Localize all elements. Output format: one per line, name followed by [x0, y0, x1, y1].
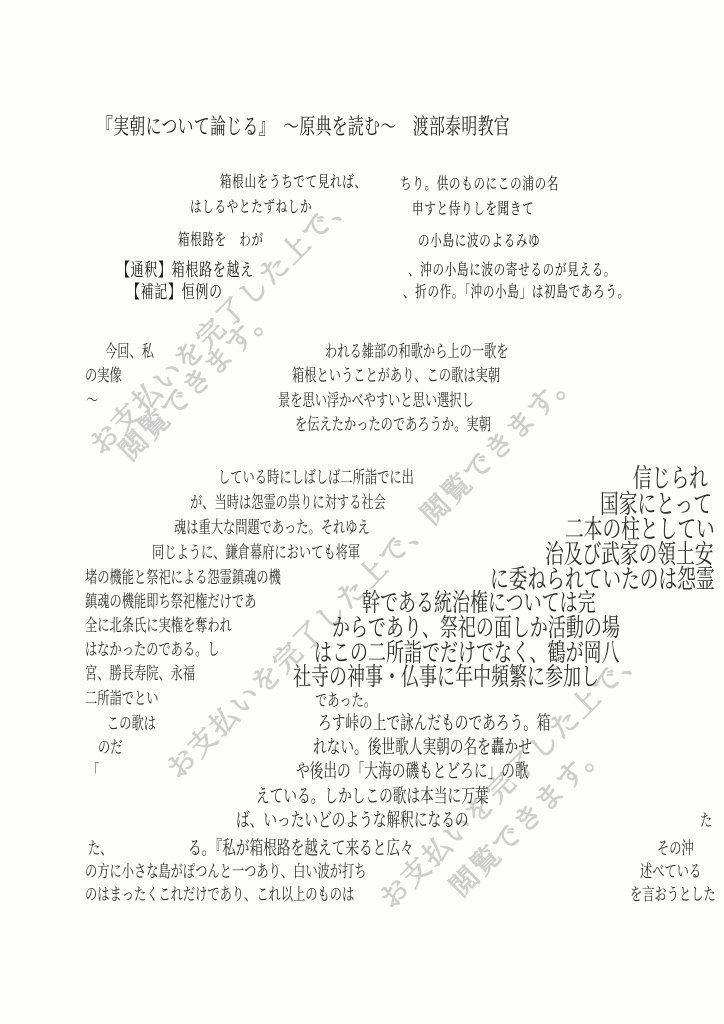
body-text: の方に小さな島がぽつんと一つあり、白い波が打ち: [85, 864, 367, 881]
body-text: や後出の「大海の磯もとどろに」の歌: [296, 762, 529, 781]
body-text: 全に北条氏に実権を奪われ: [85, 618, 232, 635]
body-text: 堵の機能と祭祀による怨霊鎮魂の機: [85, 570, 281, 587]
body-text: 幹である統治権については完: [362, 590, 596, 615]
body-text: 箱根ということがあり、この歌は実朝: [292, 368, 500, 385]
body-text: 景を思い浮かべやすいと思い選択し: [278, 393, 474, 410]
body-text: れない。後世歌人実朝の名を轟かせ: [313, 738, 532, 757]
poem-line: 申すと侍りしを聞きて: [412, 201, 534, 217]
body-text: であった。: [315, 693, 376, 710]
body-text: はなかったのである。し: [85, 642, 220, 659]
body-text: からであり、祭祀の面しか活動の場: [332, 615, 620, 640]
poem-note: 、折の作。「沖の小島」は初島であろう。: [403, 284, 630, 300]
body-text: のだ: [98, 740, 122, 757]
body-text: 鎮魂の機能即ち祭祀権だけであ: [85, 594, 256, 611]
body-text: 二所詣でとい: [85, 691, 158, 708]
body-text: た: [700, 813, 712, 830]
body-text: を言おうとした: [630, 887, 716, 904]
body-text: 同じように、鎌倉幕府においても将軍: [152, 545, 360, 562]
poem-note: 【補記】恒例の: [127, 284, 223, 302]
body-text: 魂は重大な問題であった。それゆえ: [174, 520, 370, 537]
body-text: 「: [87, 764, 99, 781]
body-text: のはまったくこれだけであり、これ以上のものは: [85, 887, 354, 904]
body-text: る。『私が箱根路を越えて来ると広々: [188, 839, 414, 858]
body-text: ろす峠の上で詠んだものであろう。箱: [318, 714, 551, 733]
body-text: 宮、勝長寿院、永福: [85, 666, 195, 683]
poem-note: 【通釈】箱根路を越え: [117, 262, 254, 280]
poem-line: 箱根山をうちでて見れば、: [220, 174, 367, 190]
poem-line: の小島に波のよるみゆ: [418, 233, 540, 249]
document-page: お支払いを完了した上で、閲覧できます。お支払いを完了した上で、閲覧できます。お支…: [0, 0, 724, 1024]
body-text: 〜: [86, 393, 98, 410]
poem-note: 、沖の小島に波の寄せるのが見える。: [408, 262, 616, 278]
page-title: 『実朝について論じる』 ～原典を読む～ 渡部泰明教官: [97, 117, 510, 139]
body-text: の実像: [85, 368, 122, 385]
fragments-layer: 『実朝について論じる』 ～原典を読む～ 渡部泰明教官 箱根山をうちでて見れば、は…: [0, 0, 724, 1024]
body-text: ば、いったいどのような解釈になるの: [236, 811, 469, 830]
poem-line: ちり。供のものにこの浦の名: [400, 176, 559, 192]
body-text: われる雑部の和歌から上の一歌を: [325, 344, 509, 361]
body-text: を伝えたかったのであろうか。実朝: [295, 417, 491, 434]
body-text: この歌は: [107, 716, 156, 733]
poem-line: 箱根路を わが: [178, 232, 264, 248]
body-text: た、: [88, 841, 112, 858]
body-text: している時にしばしば二所詣でに出: [218, 470, 414, 487]
body-text: 今回、私: [105, 344, 154, 361]
body-text: が、当時は怨霊の祟りに対する社会: [190, 495, 386, 512]
body-text: 社寺の神事・仏事に年中頻繁に参加し: [293, 664, 599, 689]
body-text: 信じられ: [633, 466, 708, 492]
body-text: 述べている: [640, 864, 701, 881]
body-text: その沖: [657, 841, 694, 858]
body-text: えている。しかしこの歌は本当に万葉: [256, 787, 489, 806]
poem-line: はしるやとたずねしか: [190, 199, 312, 215]
